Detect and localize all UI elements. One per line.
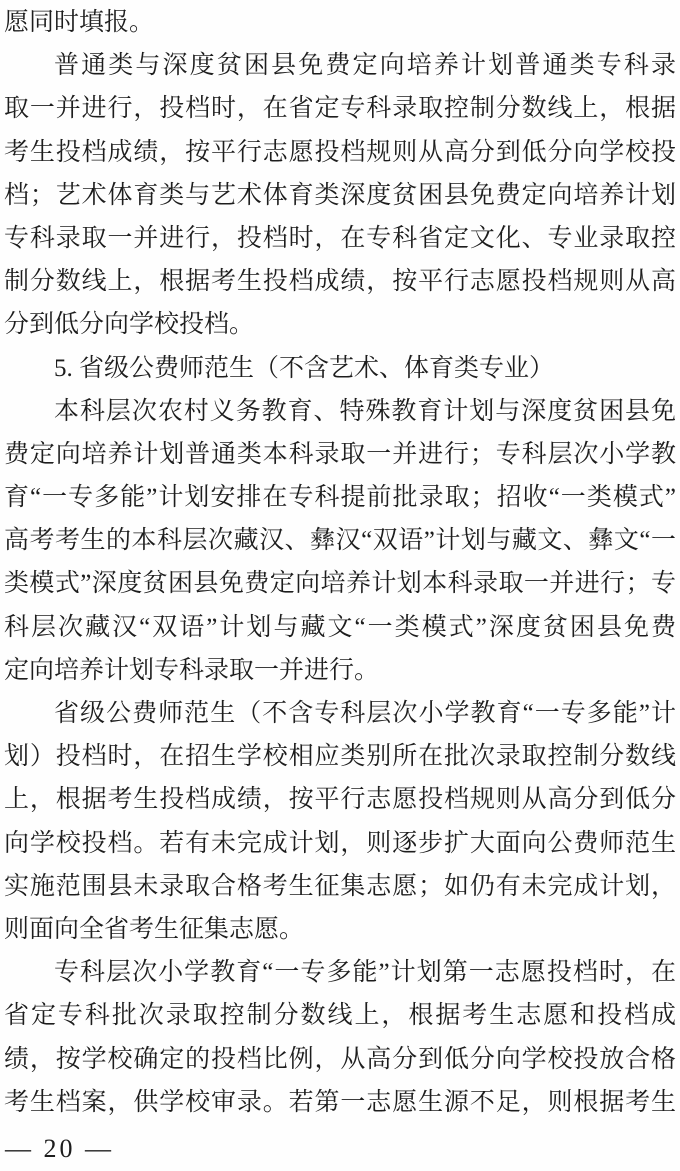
- text-line: 划）投档时，在招生学校相应类别所在批次录取控制分数线: [4, 735, 676, 778]
- text-line: 分到低分向学校投档。: [4, 303, 676, 346]
- text-line: 科层次藏汉“双语”计划与藏文“一类模式”深度贫困县免费: [4, 606, 676, 649]
- text-line: 类模式”深度贫困县免费定向培养计划本科录取一并进行；专: [4, 562, 676, 605]
- text-line: 向学校投档。若有未完成计划，则逐步扩大面向公费师范生: [4, 822, 676, 865]
- text-line: 上，根据考生投档成绩，按平行志愿投档规则从高分到低分: [4, 778, 676, 821]
- text-line: 专科录取一并进行，投档时，在专科省定文化、专业录取控: [4, 217, 676, 260]
- paragraph: 省级公费师范生（不含专科层次小学教育“一专多能”计 划）投档时，在招生学校相应类…: [4, 692, 676, 951]
- text-line: 档；艺术体育类与艺术体育类深度贫困县免费定向培养计划: [4, 174, 676, 217]
- text-line: 费定向培养计划普通类本科录取一并进行；专科层次小学教: [4, 433, 676, 476]
- text-line: 实施范围县未录取合格考生征集志愿；如仍有未完成计划，: [4, 865, 676, 908]
- heading-line: 5. 省级公费师范生（不含艺术、体育类专业）: [4, 347, 676, 390]
- text-line: 考生投档成绩，按平行志愿投档规则从高分到低分向学校投: [4, 131, 676, 174]
- text-line: 制分数线上，根据考生投档成绩，按平行志愿投档规则从高: [4, 260, 676, 303]
- text-line: 愿同时填报。: [4, 1, 676, 44]
- paragraph: 普通类与深度贫困县免费定向培养计划普通类专科录 取一并进行，投档时，在省定专科录…: [4, 44, 676, 346]
- text-line: 取一并进行，投档时，在省定专科录取控制分数线上，根据: [4, 87, 676, 130]
- text-line: 省定专科批次录取控制分数线上，根据考生志愿和投档成: [4, 994, 676, 1037]
- text-line: 育“一专多能”计划安排在专科提前批录取；招收“一类模式”: [4, 476, 676, 519]
- text-line: 本科层次农村义务教育、特殊教育计划与深度贫困县免: [4, 390, 676, 433]
- text-line: 绩，按学校确定的投档比例，从高分到低分向学校投放合格: [4, 1038, 676, 1081]
- text-line: 则面向全省考生征集志愿。: [4, 908, 676, 951]
- section-heading: 5. 省级公费师范生（不含艺术、体育类专业）: [4, 347, 676, 390]
- text-line: 普通类与深度贫困县免费定向培养计划普通类专科录: [4, 44, 676, 87]
- document-page: 愿同时填报。 普通类与深度贫困县免费定向培养计划普通类专科录 取一并进行，投档时…: [0, 0, 680, 1171]
- page-number: — 20 —: [5, 1134, 114, 1164]
- text-line: 省级公费师范生（不含专科层次小学教育“一专多能”计: [4, 692, 676, 735]
- text-line: 定向培养计划专科录取一并进行。: [4, 649, 676, 692]
- text-line: 高考考生的本科层次藏汉、彝汉“双语”计划与藏文、彝文“一: [4, 519, 676, 562]
- paragraph-continuation: 愿同时填报。: [4, 1, 676, 44]
- text-line: 考生档案，供学校审录。若第一志愿生源不足，则根据考生: [4, 1081, 676, 1124]
- document-body: 愿同时填报。 普通类与深度贫困县免费定向培养计划普通类专科录 取一并进行，投档时…: [0, 0, 680, 1124]
- paragraph: 专科层次小学教育“一专多能”计划第一志愿投档时，在 省定专科批次录取控制分数线上…: [4, 951, 676, 1124]
- text-line: 专科层次小学教育“一专多能”计划第一志愿投档时，在: [4, 951, 676, 994]
- paragraph: 本科层次农村义务教育、特殊教育计划与深度贫困县免 费定向培养计划普通类本科录取一…: [4, 390, 676, 692]
